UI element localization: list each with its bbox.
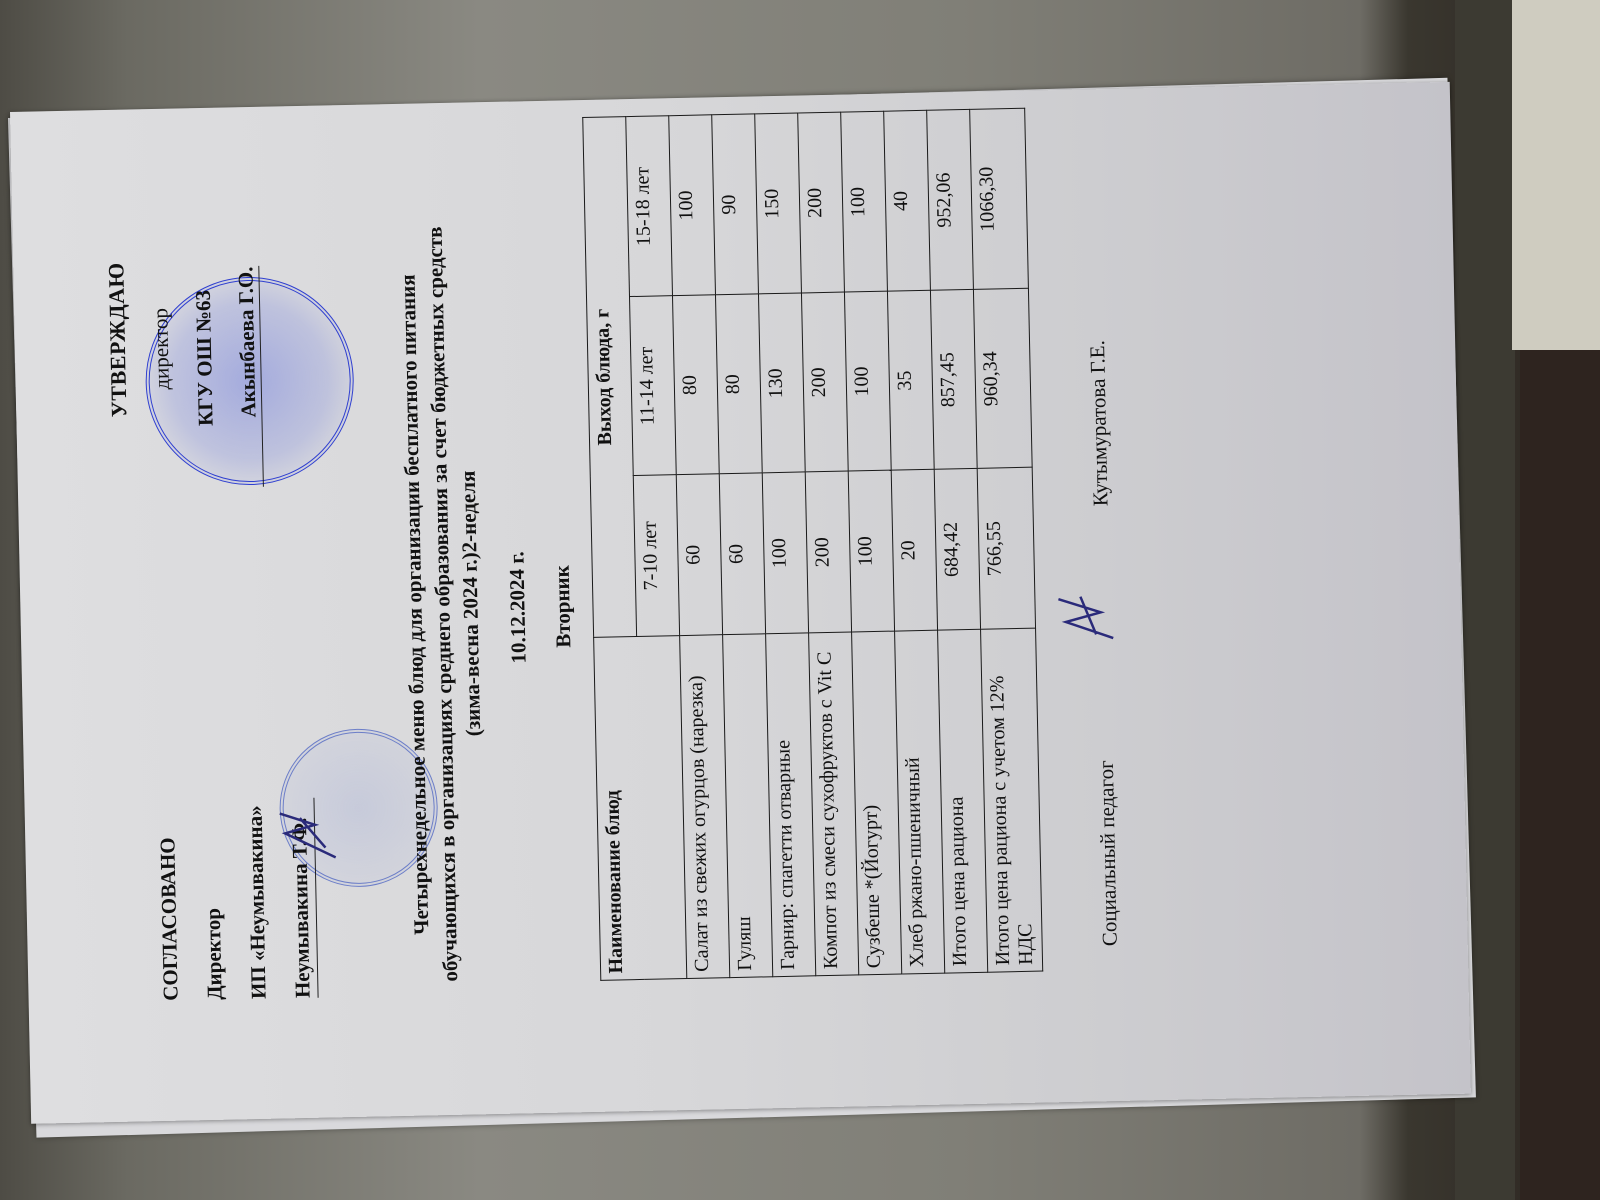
- dish-yield-value: 857,45: [930, 290, 977, 470]
- dish-yield-value: 150: [755, 113, 802, 294]
- agreement-role: Директор: [188, 799, 236, 1000]
- dish-yield-value: 130: [758, 293, 805, 473]
- dish-yield-value: 80: [672, 295, 719, 475]
- dish-yield-value: 100: [848, 470, 894, 632]
- signature-icon: [275, 802, 346, 863]
- dish-yield-value: 200: [798, 112, 845, 293]
- dish-yield-value: 20: [891, 469, 937, 631]
- dish-yield-value: 766,55: [977, 467, 1035, 629]
- dish-name: Гуляш: [723, 634, 773, 978]
- header-age-group: 15-18 лет: [626, 116, 673, 297]
- footer-name: Кутымуратова Г.Е.: [1085, 340, 1113, 506]
- dish-yield-value: 100: [841, 111, 888, 292]
- agreement-organization: ИП «Неумывакина»: [232, 798, 280, 999]
- footer-signature-icon: [1050, 586, 1121, 647]
- dish-name: Итого цена рациона с учетом 12% НДС: [981, 628, 1043, 972]
- dish-yield-value: 35: [887, 291, 934, 471]
- footer-role: Социальный педагог: [1094, 760, 1123, 946]
- dish-yield-value: 960,34: [973, 289, 1032, 469]
- approval-organization: КГУ ОШ №63: [189, 218, 220, 498]
- dish-name: Итого цена рациона: [938, 629, 988, 973]
- approval-role: директор: [146, 219, 176, 479]
- dish-name: Сузбеше *(Йогурт): [852, 631, 902, 975]
- dish-name: Компот из смеси сухофруктов с Vit C: [809, 632, 859, 976]
- document-page: УТВЕРЖДАЮ директор КГУ ОШ №63 Акынбаева …: [10, 82, 1471, 1124]
- dish-yield-value: 100: [844, 292, 891, 472]
- dish-name: Салат из свежих огурцов (нарезка): [680, 635, 730, 979]
- document-sheet: УТВЕРЖДАЮ директор КГУ ОШ №63 Акынбаева …: [10, 82, 1471, 1124]
- dish-yield-value: 952,06: [927, 109, 974, 290]
- background-wall: [1512, 0, 1600, 350]
- dish-yield-value: 60: [676, 474, 722, 636]
- dish-yield-value: 200: [801, 292, 848, 472]
- dish-yield-value: 200: [805, 471, 851, 633]
- agreement-heading: СОГЛАСОВАНО: [144, 800, 192, 1001]
- dish-yield-value: 80: [715, 294, 762, 474]
- dish-yield-value: 100: [669, 115, 716, 296]
- document-title: Четырехнедельное меню блюд для организац…: [392, 222, 492, 986]
- dish-yield-value: 90: [712, 114, 759, 295]
- footer-block: Социальный педагог Кутымуратова Г.Е.: [1081, 127, 1098, 947]
- header-age-group: 7-10 лет: [633, 475, 679, 637]
- dish-yield-value: 684,42: [934, 469, 980, 631]
- dish-name: Хлеб ржано-пшеничный: [895, 630, 945, 974]
- document-weekday: Вторник: [540, 100, 586, 1112]
- dish-yield-value: 100: [762, 472, 808, 634]
- approval-name: Акынбаева Г.О.: [233, 266, 264, 487]
- document-date: 10.12.2024 г.: [495, 101, 541, 1113]
- header-age-group: 11-14 лет: [630, 296, 677, 476]
- background-cloth: [1520, 350, 1600, 1200]
- dish-yield-value: 1066,30: [970, 108, 1029, 289]
- dish-yield-value: 60: [719, 473, 765, 635]
- menu-table: Наименование блюд Выход блюда, г 7-10 ле…: [582, 108, 1043, 981]
- approval-heading: УТВЕРЖДАЮ: [102, 220, 133, 460]
- dish-name: Гарнир: спагетти отварные: [766, 633, 816, 977]
- header-dish-name: Наименование блюд: [594, 636, 687, 981]
- approval-block: УТВЕРЖДАЮ директор КГУ ОШ №63 Акынбаева …: [102, 217, 266, 580]
- dish-yield-value: 40: [884, 110, 931, 291]
